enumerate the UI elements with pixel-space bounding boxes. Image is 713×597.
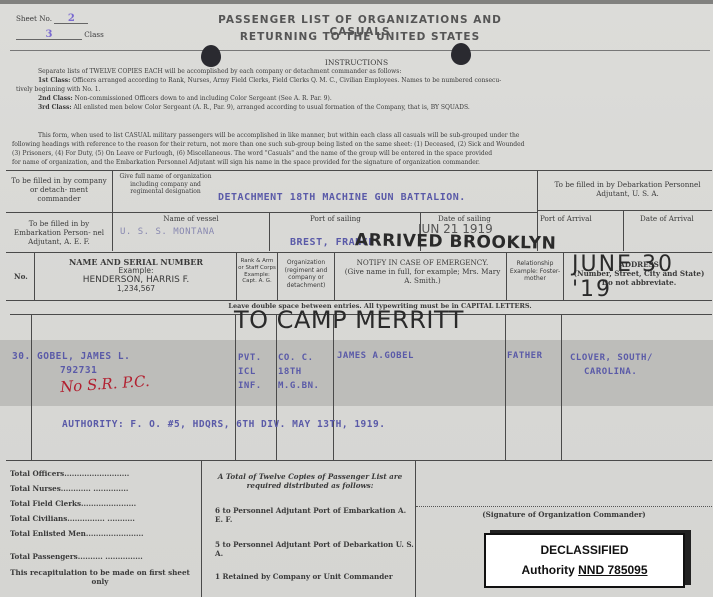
passenger-list-document: Sheet No. 2 3 Class PASSENGER LIST OF OR… [0,0,713,597]
vessel-label: Name of vessel [114,214,268,223]
recapitulation-note: This recapitulation to be made on first … [10,568,190,586]
entry-rank: PVT. ICL INF. [238,351,262,393]
vessel-value: U. S. S. MONTANA [120,227,215,237]
entry-address: CLOVER, SOUTH/ CAROLINA. [570,351,653,379]
instructions-class3: 3rd Class: All enlisted men below Color … [38,104,708,112]
col-notify: NOTIFY IN CASE OF EMERGENCY. (Give name … [340,258,505,285]
divider [623,210,624,251]
distribution-heading: A Total of Twelve Copies of Passenger Li… [210,472,410,490]
declassified-authority: Authority NND 785095 [486,563,683,577]
distribution-item-3: 1 Retained by Company or Unit Commander [215,572,415,581]
divider [112,212,113,251]
signature-line [416,506,712,507]
sheet-no-field: Sheet No. 2 [16,14,88,24]
header-divider [10,50,710,51]
instructions-line: Separate lists of TWELVE COPIES EACH wil… [38,68,708,76]
entry-name: GOBEL, JAMES L. [37,351,130,362]
instructions-heading: INSTRUCTIONS [0,58,713,67]
class-field: 3 Class [16,30,104,40]
col-name: NAME AND SERIAL NUMBER Example: HENDERSO… [36,258,236,293]
divider [201,460,202,597]
entry-relationship: FATHER [507,351,543,361]
port-arrival-label: Port of Arrival [540,214,592,223]
divider [34,253,35,300]
port-sailing-label: Port of sailing [310,214,361,223]
casual-instructions-4: for name of organization, and the Embark… [12,159,712,167]
distribution-item-1: 6 to Personnel Adjutant Port of Embarkat… [215,506,415,524]
entry-serial: 792731 [60,365,97,376]
entry-notify: JAMES A.GOBEL [337,351,414,361]
total-enlisted-men: Total Enlisted Men......................… [10,526,200,541]
table-row: 30. GOBEL, JAMES L. 792731 No S.R. P.C. … [0,340,713,406]
col-relationship: Relationship Example: Foster- mother [507,260,563,283]
divider [269,212,270,251]
casual-instructions-3: (3) Prisoners, (4) For Duty, (5) On Leav… [12,150,712,158]
casual-instructions-1: This form, when used to list CASUAL mili… [38,132,710,140]
divider [6,212,537,213]
authority-line: AUTHORITY: F. O. #5, HDQRS, 6TH DIV. MAY… [62,419,385,430]
entry-organization: CO. C. 18TH M.G.BN. [278,351,319,393]
instructions-class2: 2nd Class: Non-commissioned Officers dow… [38,95,708,103]
signature-label: (Signature of Organization Commander) [416,510,712,519]
col-organization: Organization (regiment and company or de… [278,259,334,289]
declassified-title: DECLASSIFIED [486,543,683,557]
divider [112,171,113,212]
divider [537,210,712,211]
org-prompt: Give full name of organization including… [118,173,213,196]
divider [334,253,335,300]
sheet-no-label: Sheet No. [16,14,52,23]
total-nurses: Total Nurses............ .............. [10,481,200,496]
casual-instructions-2: following headings with reference to the… [12,141,712,149]
declassified-stamp: DECLASSIFIED Authority NND 785095 [484,533,685,588]
class-label: Class [84,30,103,39]
date-arrival-label: Date of Arrival [640,214,694,223]
scan-edge [0,0,713,4]
col-rank: Rank & Arm or Staff Corps Example: Capt.… [237,258,277,285]
company-fill-label: To be filled in by company or detach- me… [8,176,110,203]
divider [6,460,712,461]
entry-number: 30. [12,351,31,362]
total-field-clerks: Total Field Clerks...................... [10,496,200,511]
totals-list: Total Officers..........................… [10,466,200,564]
page-subtitle: RETURNING TO THE UNITED STATES [190,31,530,43]
instructions-class1: 1st Class: Officers arranged according t… [38,77,708,85]
embarkation-fill-label: To be filled in by Embarkation Person- n… [8,219,110,246]
divider [563,253,564,300]
organization-name-value: DETACHMENT 18TH MACHINE GUN BATTALION. [218,192,466,203]
sheet-no-value: 2 [54,14,88,24]
total-civilians: Total Civilians............... .........… [10,511,200,526]
camp-merritt-stamp: TO CAMP MERRITT [234,306,464,334]
total-officers: Total Officers.......................... [10,466,200,481]
instructions-class1-cont: tively beginning with No. 1. [16,86,100,94]
distribution-item-2: 5 to Personnel Adjutant Port of Debarkat… [215,540,415,558]
arrival-date-stamp: JUNE 30 '19 [572,252,713,302]
total-passengers: Total Passengers.......... .............… [10,549,200,564]
divider [415,460,416,597]
class-value: 3 [16,30,82,40]
arrived-stamp: ARRIVED BROOKLYN [355,230,557,254]
col-no: No. [14,272,28,281]
debarkation-fill-label: To be filled in by Debarkation Personnel… [545,180,710,198]
